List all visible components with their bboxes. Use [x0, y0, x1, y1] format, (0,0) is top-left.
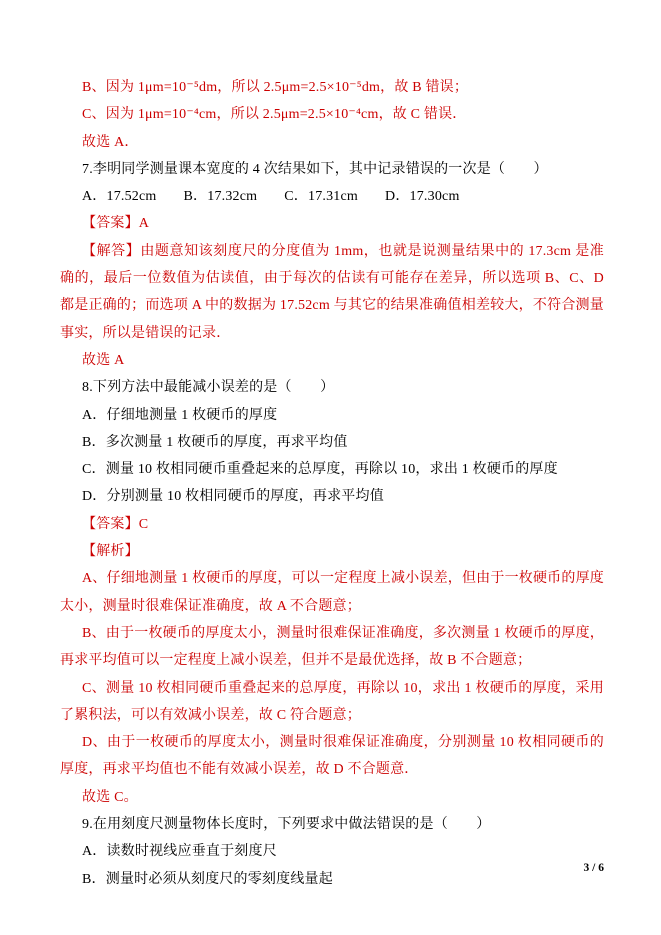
q7-option-b: B．17.32cm: [184, 189, 258, 204]
q6-conclusion: 故选 A．: [60, 129, 604, 156]
q7-explanation: 【解答】由题意知该刻度尺的分度值为 1mm，也就是说测量结果中的 17.3cm …: [60, 238, 604, 347]
q8-conclusion: 故选 C。: [60, 784, 604, 811]
q8-option-a: A．仔细地测量 1 枚硬币的厚度: [60, 402, 604, 429]
page-number: 3 / 6: [584, 858, 604, 878]
q7-option-a: A．17.52cm: [82, 189, 157, 204]
q8-option-b: B．多次测量 1 枚硬币的厚度，再求平均值: [60, 429, 604, 456]
q8-analysis-option-a: A、仔细地测量 1 枚硬币的厚度，可以一定程度上减小误差，但由于一枚硬币的厚度太…: [60, 565, 604, 620]
q7-options-row: A．17.52cmB．17.32cmC．17.31cmD．17.30cm: [60, 183, 604, 210]
q7-question: 7.李明同学测量课本宽度的 4 次结果如下，其中记录错误的一次是（ ）: [60, 156, 604, 183]
document-content: B、因为 1μm=10⁻⁵dm，所以 2.5μm=2.5×10⁻⁵dm，故 B …: [60, 74, 604, 893]
q7-option-c: C．17.31cm: [284, 189, 358, 204]
q6-analysis-option-c: C、因为 1μm=10⁻⁴cm，所以 2.5μm=2.5×10⁻⁴cm，故 C …: [60, 101, 604, 128]
q9-question: 9.在用刻度尺测量物体长度时，下列要求中做法错误的是（ ）: [60, 811, 604, 838]
q8-analysis-option-c: C、测量 10 枚相同硬币重叠起来的总厚度，再除以 10，求出 1 枚硬币的厚度…: [60, 675, 604, 730]
q8-analysis-option-b: B、由于一枚硬币的厚度太小，测量时很难保证准确度，多次测量 1 枚硬币的厚度，再…: [60, 620, 604, 675]
q6-analysis-option-b: B、因为 1μm=10⁻⁵dm，所以 2.5μm=2.5×10⁻⁵dm，故 B …: [60, 74, 604, 101]
q7-option-d: D．17.30cm: [385, 189, 460, 204]
q8-analysis-label: 【解析】: [60, 538, 604, 565]
q9-option-b: B．测量时必须从刻度尺的零刻度线量起: [60, 866, 604, 893]
q8-option-c: C．测量 10 枚相同硬币重叠起来的总厚度，再除以 10，求出 1 枚硬币的厚度: [60, 456, 604, 483]
q9-option-a: A．读数时视线应垂直于刻度尺: [60, 838, 604, 865]
document-page: B、因为 1μm=10⁻⁵dm，所以 2.5μm=2.5×10⁻⁵dm，故 B …: [0, 0, 661, 935]
q8-answer-label: 【答案】C: [60, 511, 604, 538]
q7-conclusion: 故选 A: [60, 347, 604, 374]
q8-analysis-option-d: D、由于一枚硬币的厚度太小，测量时很难保证准确度，分别测量 10 枚相同硬币的厚…: [60, 729, 604, 784]
q8-option-d: D．分别测量 10 枚相同硬币的厚度，再求平均值: [60, 483, 604, 510]
q8-question: 8.下列方法中最能减小误差的是（ ）: [60, 374, 604, 401]
q7-answer-label: 【答案】A: [60, 210, 604, 237]
